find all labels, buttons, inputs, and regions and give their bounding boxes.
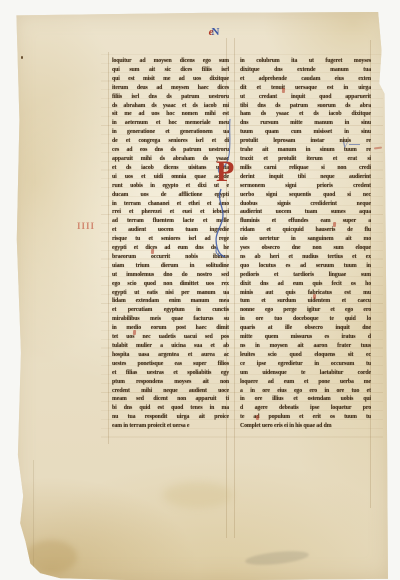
text-line: Complet uero eris ei in his quae ad dm: [240, 422, 371, 431]
text-line: egypti ut eatis nisi per manum ua: [112, 289, 229, 298]
text-line: uerbo signi sequentis quod si nec: [240, 191, 371, 200]
text-line: ut credant inquit quod apparuerit: [240, 93, 371, 102]
chapter-numeral: IIII: [77, 221, 95, 231]
graphite-smudge: [245, 549, 310, 568]
text-line: rrei et pherezei et euei et iebusei: [112, 208, 229, 217]
text-line: ce ipse egredietur in occursum tu: [240, 360, 371, 369]
text-line: fluminis et effundes eam super a: [240, 217, 371, 226]
corner-stain: [25, 540, 77, 574]
initial-letter: P: [216, 157, 234, 187]
text-line: ui uos et uidi omnia quae accide: [112, 173, 229, 182]
text-line: tulabit mulier a uicina sua et ab: [112, 342, 229, 351]
running-header-blue-letter: N: [211, 26, 219, 38]
text-line: et percutiam egyptum in cunctis: [112, 306, 229, 315]
text-line: in aeternum et hoc memoriale meu: [112, 119, 229, 128]
text-line: in terram chananei et ethei et amo: [112, 200, 229, 209]
text-line: iterum deus ad moysen haec dices: [112, 84, 229, 93]
rubric-mark: [333, 222, 336, 227]
text-line: nonne ego perge igitur et ego ero: [240, 306, 371, 315]
vertical-ruling-line: [108, 52, 109, 444]
text-line: bi dns quid est quod tenes in ma: [112, 404, 229, 413]
text-line: te ad populum et erit os tuum tu: [240, 413, 371, 422]
text-line: in ore tuo doceboque te quid lo: [240, 315, 371, 324]
text-line: in medio eorum post haec dimit: [112, 324, 229, 333]
text-line: ego scio quod non dimittet uos rex: [112, 280, 229, 289]
text-line: meam sed dicent non apparuit ti: [112, 395, 229, 404]
text-line: de et congrega seniores isrl et di: [112, 137, 229, 146]
text-line: egypti et dices ad eum dns ds he: [112, 244, 229, 253]
text-line: tum et surdum uidentem et caecu: [240, 297, 371, 306]
text-line: duobus signis crediderint neque: [240, 200, 371, 209]
text-line: sit me ad uos hoc nomen mihi est: [112, 110, 229, 119]
text-line: et filias uestras et spoliabitis egy: [112, 369, 229, 378]
ink-speck: [21, 56, 23, 59]
text-line: traxit et protulit iterum et erat si: [240, 155, 371, 164]
text-line: eam in terram proiecit et uersa e: [112, 422, 229, 431]
text-line: uio uertetur in sanguinem ait mo: [240, 235, 371, 244]
text-line: runt uobis in egypto et dixi ut e: [112, 182, 229, 191]
text-line: in ore illius et ostendam uobis qui: [240, 395, 371, 404]
text-line: a in ore eius ego ero in ore tuo et: [240, 387, 371, 396]
text-line: uestes ponetisque eas super filios: [112, 360, 229, 369]
text-line: dns rursum mitte manum in sinu: [240, 119, 371, 128]
text-line: ad terram fluentem lacte et melle: [112, 217, 229, 226]
text-line: pedioris et tardioris linguae sum: [240, 271, 371, 280]
text-column-right: in colubrum ita ut fugeret moysesdixitqu…: [240, 57, 371, 435]
text-line: tet uos nec uadetis uacui sed pos: [112, 333, 229, 342]
text-line: ptum respondens moyses ait non: [112, 378, 229, 387]
text-column-left: loquitur ad moysen dicens ego sumqui sum…: [112, 57, 229, 435]
text-line: quaris at ille obsecro inquit dne: [240, 324, 371, 333]
manuscript-leaf: eN IIII V loquitur ad moysen dicens ego …: [13, 12, 391, 580]
rubric-mark: [282, 88, 285, 93]
text-line: minis aut quis fabricatus est mu: [240, 289, 371, 298]
rubric-mark: [133, 330, 136, 335]
rubric-mark: [313, 294, 316, 299]
text-line: leuites scio quod eloquens sit ec: [240, 351, 371, 360]
rubric-mark: [256, 415, 259, 420]
parchment-stain: [163, 482, 233, 508]
text-line: loquitur ad moysen dicens ego sum: [112, 57, 229, 66]
text-line: d agere debeatis ipse loquetur pro: [240, 404, 371, 413]
text-line: dit et tenuit uersaque est in uirga: [240, 84, 371, 93]
text-line: apparuit mihi ds abraham ds ysaac: [112, 155, 229, 164]
text-line: ces ad eos dns ds patrum uestroru: [112, 146, 229, 155]
text-line: ham ds ysaac et ds iacob dixitque: [240, 110, 371, 119]
scan-background: eN IIII V loquitur ad moysen dicens ego …: [0, 0, 400, 580]
text-line: hospita uasa argentea et aurea ac: [112, 351, 229, 360]
text-line: derint inquit tibi neque audierint: [240, 173, 371, 182]
text-line: lidam extendam enim manum mea: [112, 297, 229, 306]
running-header: eN: [194, 23, 234, 43]
text-line: qui sum ait sic dices filiis isrl: [112, 66, 229, 75]
text-line: ns in moysen ait aaron frater tuus: [240, 342, 371, 351]
text-line: in generatione et generationem ua: [112, 128, 229, 137]
text-line: audierint uocem tuam sumes aqua: [240, 208, 371, 217]
text-line: ridam et quicquid hauseris de flu: [240, 226, 371, 235]
text-line: milis carni reliquae si non credi: [240, 164, 371, 173]
text-line: et audient uocem tuam ingredie: [112, 226, 229, 235]
text-line: um uidensque te laetabitur corde: [240, 369, 371, 378]
text-line: uiam trium dierum in solitudine: [112, 262, 229, 271]
text-line: ut immolemus dno do nostro sed: [112, 271, 229, 280]
decorated-initial-p: P: [213, 117, 237, 262]
text-line: yses obsecro dne non sum eloque: [240, 244, 371, 253]
text-line: ds abraham ds ysaac et ds iacob mi: [112, 102, 229, 111]
text-line: braeorum occurrit nobis ibimus: [112, 253, 229, 262]
text-line: loquere ad eum et pone uerba me: [240, 378, 371, 387]
text-line: sermonem signi prioris credent: [240, 182, 371, 191]
text-line: et adprehende caudam eius exten: [240, 75, 371, 84]
text-line: ducam uos de afflictione egypti: [112, 191, 229, 200]
filigree-flourish: [213, 117, 237, 262]
text-line: risque tu et seniores isrl ad rege: [112, 235, 229, 244]
text-line: dixitque dns extende manum tua: [240, 66, 371, 75]
text-line: ns ab heri et nudius tertius et ex: [240, 253, 371, 262]
text-line: credent mihi neque audient uoce: [112, 387, 229, 396]
text-line: tibi dns ds patrum suorum ds abra: [240, 102, 371, 111]
text-line: mirabilibus meis quae facturus su: [112, 315, 229, 324]
text-line: in colubrum ita ut fugeret moyses: [240, 57, 371, 66]
text-line: qui est misit me ad uos dixitque: [112, 75, 229, 84]
vertical-ruling-line: [234, 38, 235, 538]
text-line: tuum quam cum misisset in sinu: [240, 128, 371, 137]
text-line: et ds iacob dicens uisitans uisita: [112, 164, 229, 173]
rubric-mark: [151, 249, 154, 254]
text-line: dixit dns ad eum quis fecit os ho: [240, 280, 371, 289]
text-line: filiis isrl dns ds patrum uestroru: [112, 93, 229, 102]
text-line: protulit leprosam instar niuis re: [240, 137, 371, 146]
text-line: quo locutus es ad seruum tuum in: [240, 262, 371, 271]
text-line: mitte quem missurus es iratus d: [240, 333, 371, 342]
text-line: nu tua respondit uirga ait proice: [112, 413, 229, 422]
text-line: trahe ait manum in sinum tuum re: [240, 146, 371, 155]
